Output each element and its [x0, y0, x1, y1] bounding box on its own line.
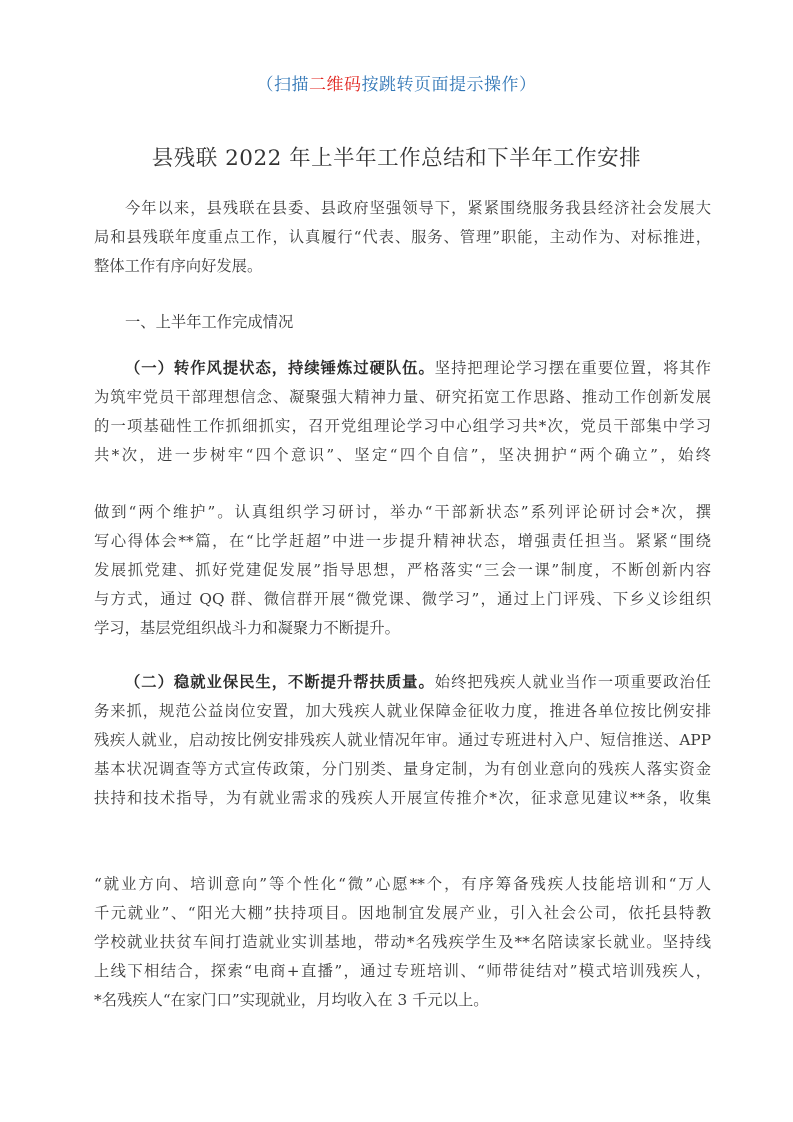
item2-first-line: （二）稳就业保民生，不断提升帮扶质量。始终把残疾人就业当作一项重要政治任: [125, 668, 711, 697]
qr-hint-qrcode: 二维码: [309, 75, 362, 95]
item2-line: 务来抓，规范公益岗位安置，加大残疾人就业保障金征收力度，推进各单位按比例安排: [94, 697, 711, 726]
item1-line: 发展抓党建、抓好党建促发展”指导思想，严格落实“三会一课”制度，不断创新内容: [94, 556, 711, 585]
item2-line: “就业方向、培训意向”等个性化“微”心愿**个，有序筹备残疾人技能培训和“万人: [94, 870, 711, 899]
section-heading: 一、上半年工作完成情况: [125, 308, 293, 337]
item2-first-rest: 始终把残疾人就业当作一项重要政治任: [435, 673, 711, 691]
qr-hint-scan: 扫描: [274, 75, 309, 95]
item2-line: 基本状况调查等方式宣传政策，分门别类、量身定制，为有创业意向的残疾人落实资金: [94, 755, 711, 784]
item1-line: 共*次，进一步树牢“四个意识”、坚定“四个自信”，坚决拥护“两个确立”，始终: [94, 441, 711, 470]
document-page: （扫描二维码按跳转页面提示操作） 县残联 2022 年上半年工作总结和下半年工作…: [0, 0, 793, 1122]
item1-line: 做到“两个维护”。认真组织学习研讨，举办“干部新状态”系列评论研讨会*次，撰: [94, 498, 711, 527]
item2-line: *名残疾人“在家门口”实现就业，月均收入在 3 千元以上。: [94, 986, 711, 1015]
item1-line: 写心得体会**篇，在“比学赶超”中进一步提升精神状态，增强责任担当。紧紧“围绕: [94, 527, 711, 556]
item1-first-rest: 坚持把理论学习摆在重要位置，将其作: [435, 359, 711, 377]
item2-line: 学校就业扶贫车间打造就业实训基地，带动*名残疾学生及**名陪读家长就业。坚持线: [94, 928, 711, 957]
item1-line: 学习，基层党组织战斗力和凝聚力不断提升。: [94, 614, 711, 643]
item1-line: 与方式，通过 QQ 群、微信群开展“微党课、微学习”，通过上门评残、下乡义诊组织: [94, 585, 711, 614]
intro-line: 今年以来，县残联在县委、县政府坚强领导下，紧紧围绕服务我县经济社会发展大: [125, 194, 711, 223]
item1-first-line: （一）转作风提状态，持续锤炼过硬队伍。坚持把理论学习摆在重要位置，将其作: [125, 354, 711, 383]
item1-bold-lead: （一）转作风提状态，持续锤炼过硬队伍。: [125, 359, 435, 377]
item2-line: 残疾人就业，启动按比例安排残疾人就业情况年审。通过专班进村入户、短信推送、APP: [94, 726, 711, 755]
qr-hint-open-paren: （: [257, 75, 275, 95]
qr-scan-hint[interactable]: （扫描二维码按跳转页面提示操作）: [0, 70, 793, 95]
intro-line: 局和县残联年度重点工作，认真履行“代表、服务、管理”职能，主动作为、对标推进，: [94, 223, 711, 252]
intro-line: 整体工作有序向好发展。: [94, 252, 711, 281]
qr-hint-close-paren: ）: [519, 75, 537, 95]
item2-line: 上线下相结合，探索“电商+直播”，通过专班培训、“师带徒结对”模式培训残疾人，: [94, 957, 711, 986]
item2-bold-lead: （二）稳就业保民生，不断提升帮扶质量。: [125, 673, 435, 691]
item2-line: 千元就业”、“阳光大棚”扶持项目。因地制宜发展产业，引入社会公司，依托县特教: [94, 899, 711, 928]
item2-line: 扶持和技术指导，为有就业需求的残疾人开展宣传推介*次，征求意见建议**条，收集: [94, 784, 711, 813]
document-title: 县残联 2022 年上半年工作总结和下半年工作安排: [0, 141, 793, 172]
item1-line: 为筑牢党员干部理想信念、凝聚强大精神力量、研究拓宽工作思路、推动工作创新发展: [94, 383, 711, 412]
item1-line: 的一项基础性工作抓细抓实，召开党组理论学习中心组学习共*次，党员干部集中学习: [94, 412, 711, 441]
qr-hint-instruction: 按跳转页面提示操作: [362, 75, 520, 95]
